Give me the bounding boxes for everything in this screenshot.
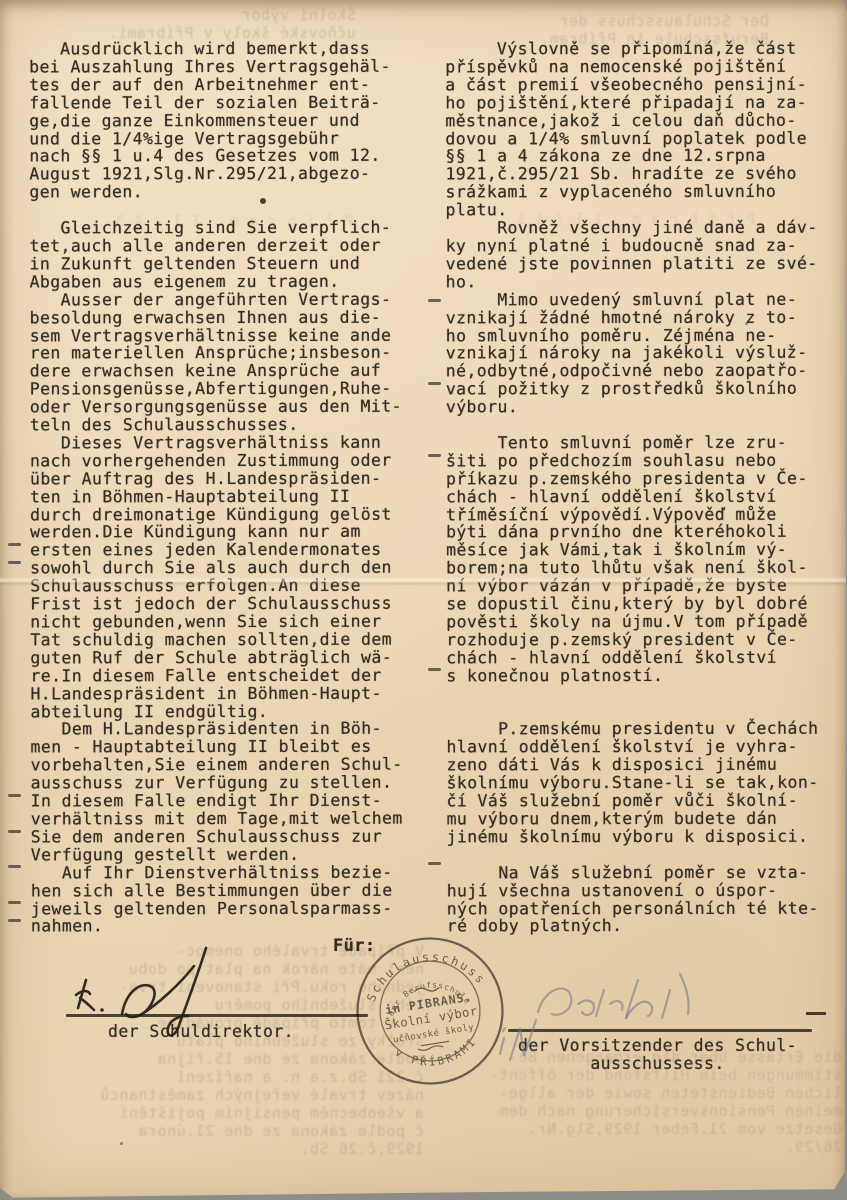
margin-mark xyxy=(8,865,21,868)
margin-mark xyxy=(428,382,441,385)
right-signature-caption: der Vorsitzender des Schul- ausschussess… xyxy=(518,1037,797,1073)
handwritten-signature-director xyxy=(56,940,356,1050)
margin-mark xyxy=(8,561,21,564)
ink-speck xyxy=(745,322,748,325)
ink-speck xyxy=(120,1142,123,1145)
margin-mark xyxy=(8,901,21,904)
handwritten-signature-chairman xyxy=(520,960,820,1040)
scanned-document-page: Školní výbor učňovské školy v Příbrami. … xyxy=(0,0,847,1200)
margin-mark xyxy=(428,668,441,671)
bleed-through-text: Školní výbor učňovské školy v Příbrami. xyxy=(108,6,356,42)
stamp-ornament xyxy=(417,1041,449,1051)
margin-mark xyxy=(8,794,21,797)
school-committee-stamp: Schulausschuss der Berufsschule in PIBRA… xyxy=(350,931,510,1091)
margin-mark xyxy=(8,919,21,922)
german-text-column: Ausdrücklich wird bemerkt,dass bei Ausza… xyxy=(29,40,435,936)
ink-speck xyxy=(260,198,266,204)
czech-text-column: Výslovně se připomíná,že část příspěvků … xyxy=(445,40,845,936)
margin-mark xyxy=(8,830,21,833)
margin-mark xyxy=(428,862,441,865)
margin-mark xyxy=(8,543,21,546)
margin-mark xyxy=(428,454,441,457)
margin-mark xyxy=(428,299,441,302)
